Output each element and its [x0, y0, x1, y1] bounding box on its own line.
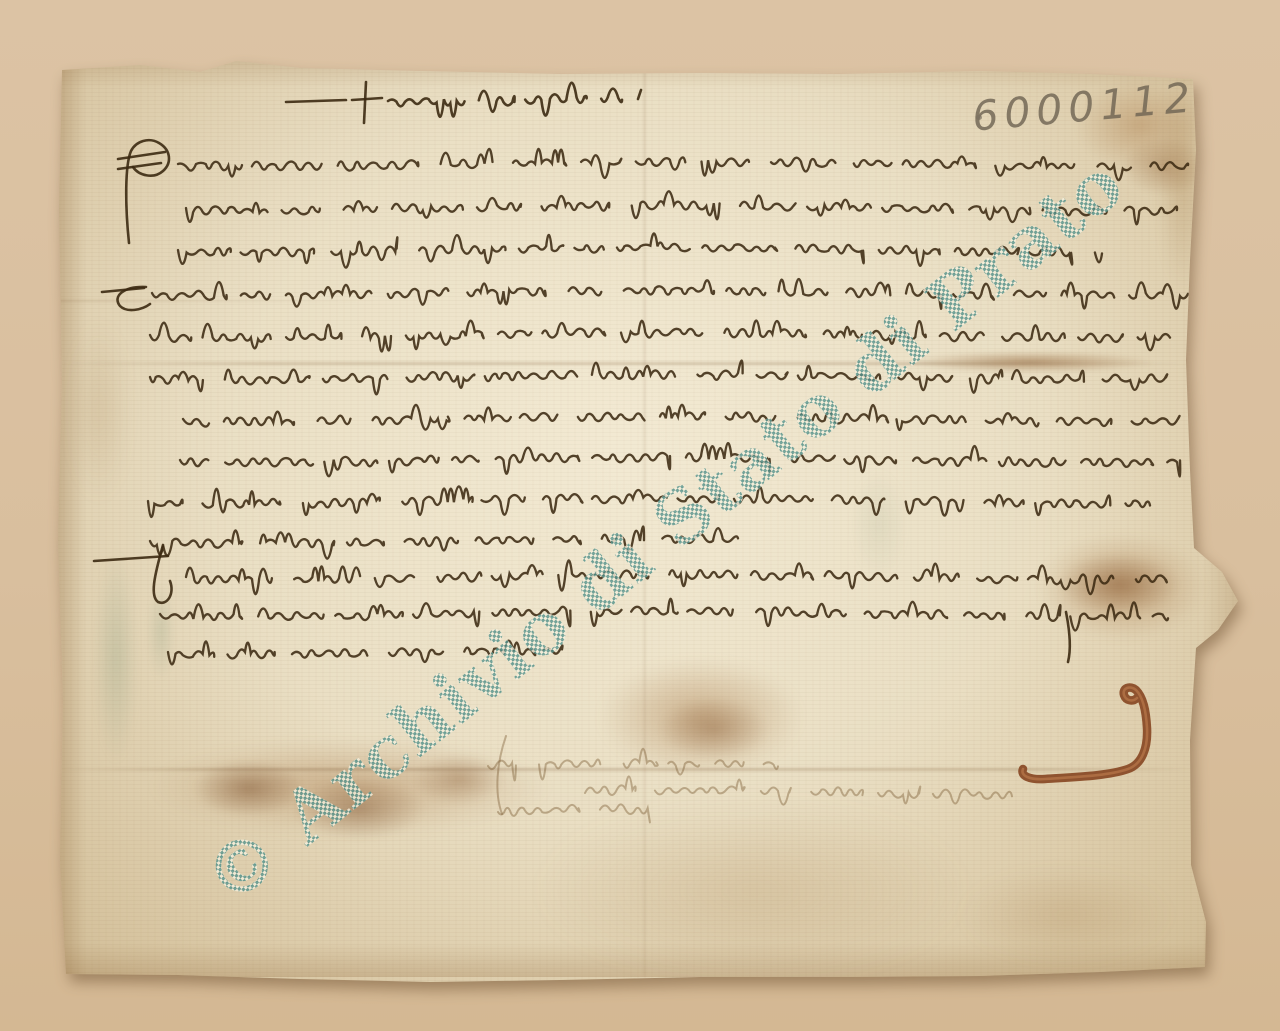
parchment-sheet: © Archivio di Stato di Prato 6000112: [0, 0, 1280, 1031]
paper-shadow-wrap: © Archivio di Stato di Prato 6000112: [0, 0, 1280, 1031]
pencil-dot: [976, 115, 982, 120]
manuscript-scan: © Archivio di Stato di Prato 6000112: [0, 0, 1280, 1031]
